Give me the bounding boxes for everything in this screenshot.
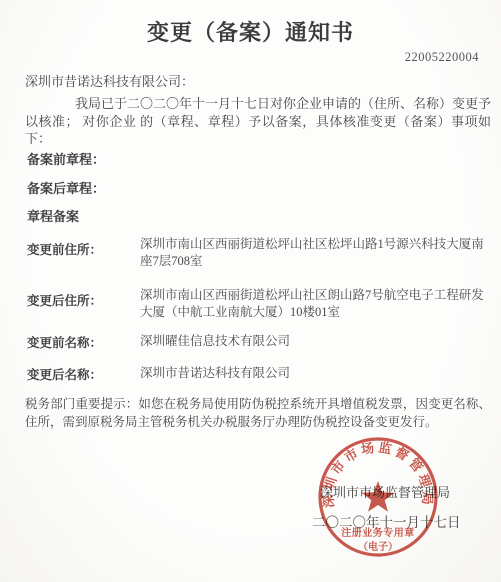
official-seal: 深圳市市场监督管理局 注册业务专用章 （电子） — [316, 435, 440, 559]
change-value: 深圳市南山区西丽街道松坪山社区朗山路7号航空电子工程研发大厦（中航工业南航大厦）… — [140, 287, 487, 321]
notice-document-page: 变更（备案）通知书 22005220004 深圳市昔诺达科技有限公司： 我局已于… — [0, 0, 501, 582]
seal-electronic-text: （电子） — [358, 540, 398, 553]
recipient-line: 深圳市昔诺达科技有限公司： — [25, 71, 194, 90]
doc-number: 22005220004 — [405, 50, 479, 65]
change-label: 变更前名称： — [27, 333, 140, 351]
section-label-charter-filing: 章程备案 — [27, 206, 79, 225]
change-value: 深圳曜佳信息技术有限公司 — [140, 333, 487, 350]
tax-department-notice: 税务部门重要提示：如您在税务局使用防伪税控系统开具增值税发票，因变更名称、住所，… — [25, 396, 491, 431]
intro-paragraph: 我局已于二〇二〇年十一月十七日对你企业申请的（住所、名称）变更予以核准； 对你企… — [25, 95, 491, 148]
change-value: 深圳市昔诺达科技有限公司 — [140, 365, 487, 382]
section-label-pre-filing-charter: 备案前章程： — [27, 149, 105, 168]
change-row-pre-address: 变更前住所： 深圳市南山区西丽街道松坪山社区松坪山路1号源兴科技大厦南座7层70… — [27, 236, 487, 270]
change-label: 变更后住所： — [27, 287, 140, 309]
seal-type-text: 注册业务专用章 — [341, 526, 415, 539]
change-row-post-name: 变更后名称： 深圳市昔诺达科技有限公司 — [27, 365, 487, 383]
section-label-post-filing-charter: 备案后章程： — [27, 178, 105, 197]
change-label: 变更前住所： — [27, 236, 140, 258]
seal-star-icon — [362, 481, 394, 512]
change-label: 变更后名称： — [27, 365, 140, 383]
change-row-post-address: 变更后住所： 深圳市南山区西丽街道松坪山社区朗山路7号航空电子工程研发大厦（中航… — [27, 287, 487, 321]
change-value: 深圳市南山区西丽街道松坪山社区松坪山路1号源兴科技大厦南座7层708室 — [140, 236, 487, 270]
change-row-pre-name: 变更前名称： 深圳曜佳信息技术有限公司 — [27, 333, 487, 351]
page-title: 变更（备案）通知书 — [0, 16, 501, 47]
